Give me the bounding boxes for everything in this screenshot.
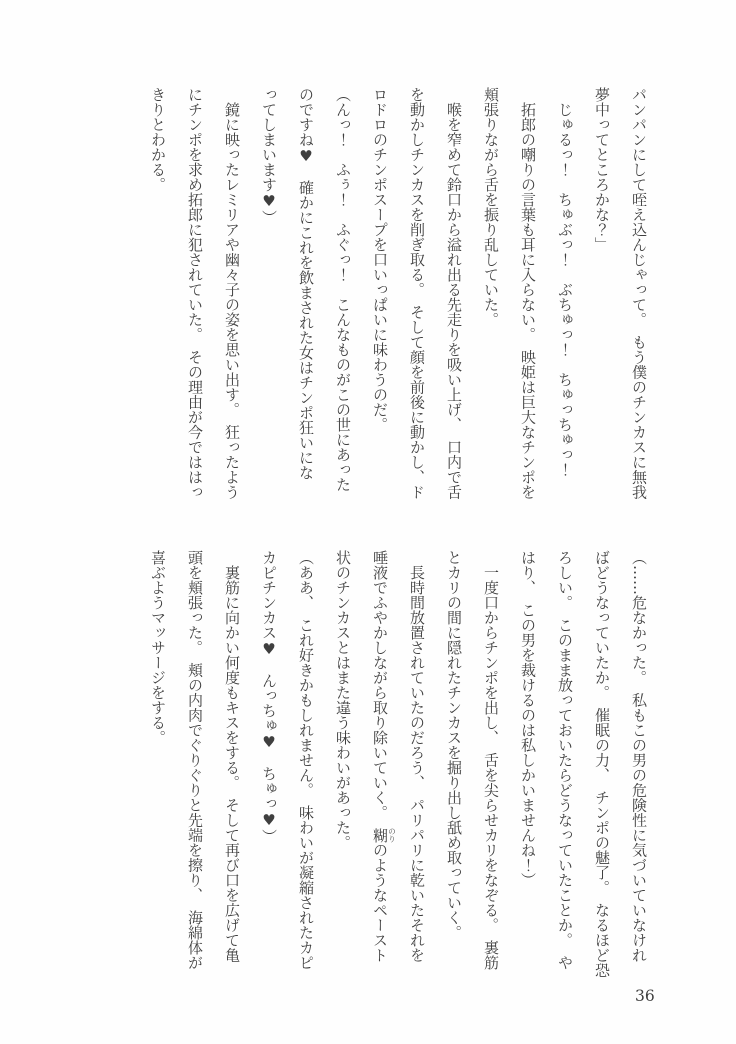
text-column: 状のチンカスとはまた違う味わいがあった。 <box>324 550 361 1004</box>
ruby-text: のり <box>388 828 397 843</box>
text-column: ろしい。 このまま放っておいたらどうなっていたことか。 や <box>546 550 583 1004</box>
text-column: （ああ、 これ好きかもしれません。 味わいが凝縮されたカピ <box>287 550 324 1004</box>
text-column: 頭を頬張った。 頬の内肉でぐりぐりと先端を擦り、 海綿体が <box>176 550 213 1004</box>
text-column: 頬張りながら舌を振り乱していた。 <box>472 87 509 529</box>
text-column: はり、 この男を裁けるのは私しかいませんね！） <box>509 550 546 1004</box>
text-column: とカリの間に隠れたチンカスを掘り出し舐め取っていく。 <box>435 550 472 1004</box>
ruby-before-text: 唾液でふやかしながら取り除いていく。 <box>371 550 389 828</box>
text-column: 一度口からチンポを出し、 舌を尖らせカリをなぞる。 裏筋 <box>472 550 509 1004</box>
ruby-after-text: のようなペースト <box>371 843 389 963</box>
text-column: 夢中ってところかな？」 <box>583 87 620 529</box>
text-column: きりとわかる。 <box>139 87 176 529</box>
text-column: 長時間放置されていたのだろう、 パリパリに乾いたそれを <box>398 550 435 1004</box>
text-column: 裏筋に向かい何度もキスをする。 そして再び口を広げて亀 <box>213 550 250 1004</box>
text-column: 鏡に映ったレミリアや幽々子の姿を思い出す。 狂ったよう <box>213 87 250 529</box>
text-column: 喜ぶようマッサージをする。 <box>139 550 176 1004</box>
text-column: にチンポを求め拓郎に犯されていた。 その理由が今でははっ <box>176 87 213 529</box>
page-number: 36 <box>635 987 655 1005</box>
text-column: 喉を窄めて鈴口から溢れ出る先走りを吸い上げ、 口内で舌 <box>435 87 472 529</box>
text-column: （んっ！ ふぅ！ ふぐっ！ こんなものがこの世にあった <box>324 87 361 529</box>
text-column: カピチンカス♥ んっちゅ♥ ちゅっ♥） <box>250 550 287 1004</box>
ruby-annotation: 糊のり <box>371 828 389 843</box>
ruby-base: 糊 <box>371 828 389 843</box>
text-column: を動かしチンカスを削ぎ取る。 そして顔を前後に動かし、ド <box>398 87 435 529</box>
text-column: パンパンにして咥え込んじゃって。 もう僕のチンカスに無我 <box>620 87 657 529</box>
text-column: じゅるっ！ ちゅぶっ！ ぶちゅっ！ ちゅっちゅっ！ <box>546 87 583 529</box>
book-page: パンパンにして咥え込んじゃって。 もう僕のチンカスに無我 夢中ってところかな？」… <box>0 0 736 1044</box>
text-column: ばどうなっていたか。 催眠の力、 チンポの魅了。 なるほど恐 <box>583 550 620 1004</box>
text-column: ってしまいます♥） <box>250 87 287 529</box>
text-column: ロドロのチンポスープを口いっぱいに味わうのだ。 <box>361 87 398 529</box>
text-column-with-ruby: 唾液でふやかしながら取り除いていく。 糊のりのようなペースト <box>361 550 398 1004</box>
text-column: のですね♥ 確かにこれを飲まされた女はチンポ狂いにな <box>287 87 324 529</box>
text-column: （……危なかった。 私もこの男の危険性に気づいていなけれ <box>620 550 657 1004</box>
top-text-block: パンパンにして咥え込んじゃって。 もう僕のチンカスに無我 夢中ってところかな？」… <box>139 87 657 529</box>
bottom-text-block: （……危なかった。 私もこの男の危険性に気づいていなけれ ばどうなっていたか。 … <box>139 550 657 1004</box>
text-column: 拓郎の嘲りの言葉も耳に入らない。 映姫は巨大なチンポを <box>509 87 546 529</box>
